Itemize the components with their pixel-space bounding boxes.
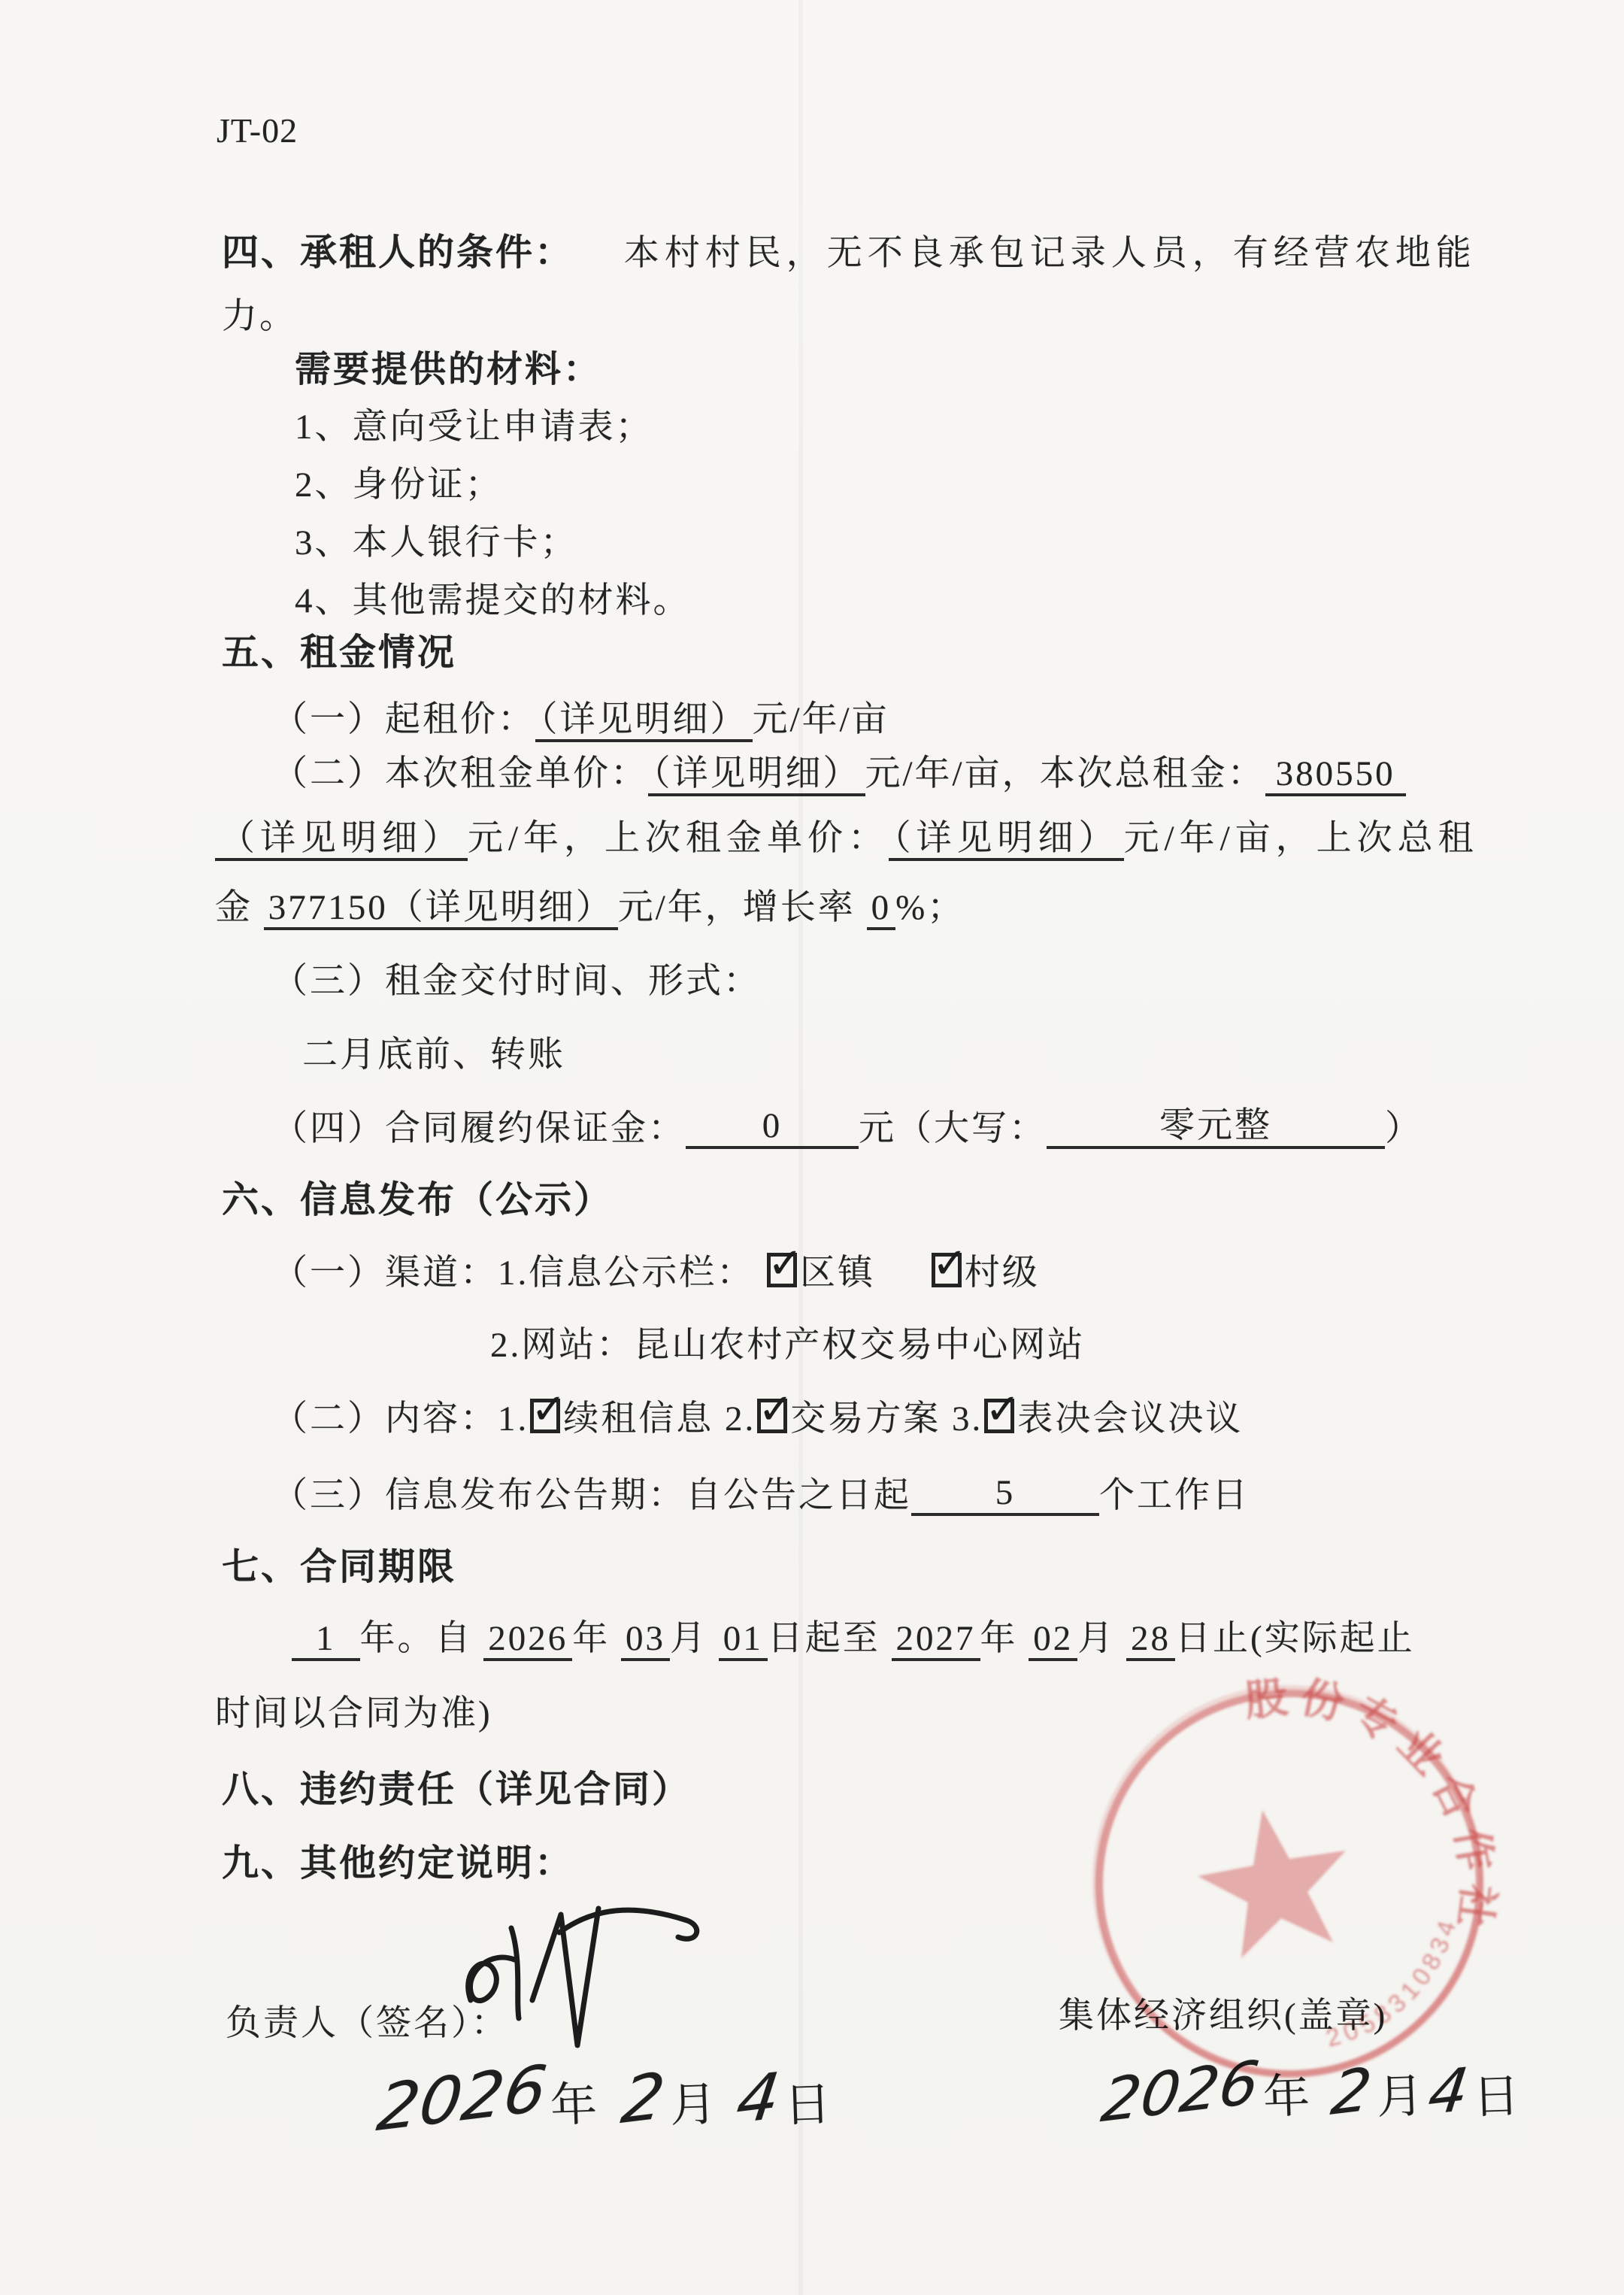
start-day-value: 01 bbox=[719, 1619, 768, 1661]
signer-date-month-unit: 月 bbox=[668, 2077, 717, 2132]
tenant-conditions-text: 本村村民，无不良承包记录人员，有经营农地能 bbox=[624, 234, 1477, 273]
term-text2: 年 bbox=[572, 1619, 610, 1658]
start-price-unit: 元/年/亩 bbox=[753, 700, 889, 739]
term-text6: 月 bbox=[1077, 1619, 1115, 1658]
end-year-value: 2027 bbox=[892, 1619, 980, 1661]
content-option-jiaoyi: 交易方案 bbox=[790, 1399, 941, 1439]
pay-time-value: 二月底前、转账 bbox=[302, 1035, 565, 1075]
checked-checkbox-icon: ✓ bbox=[530, 1399, 560, 1433]
content-sep2: 2. bbox=[725, 1399, 756, 1439]
current-rent-value: （详见明细） bbox=[648, 754, 865, 796]
cont2-head: 金 bbox=[215, 888, 253, 927]
signer-date: 2026年2月4日 bbox=[380, 2062, 837, 2136]
cont1-tail: 元/年/亩，上次总租 bbox=[1124, 819, 1479, 858]
deposit-mid: 元（大写： bbox=[859, 1109, 1047, 1148]
website-line: 2.网站：昆山农村产权交易中心网站 bbox=[490, 1325, 1085, 1366]
materials-item-3: 3、本人银行卡； bbox=[295, 523, 578, 563]
section9-heading: 九、其他约定说明： bbox=[222, 1842, 574, 1884]
rent-continuation-line1: （详见明细）元/年，上次租金单价：（详见明细）元/年/亩，上次总租 bbox=[215, 818, 1479, 859]
channel-option-quzhen: 区镇 bbox=[800, 1254, 875, 1293]
term-text1: 年。自 bbox=[360, 1619, 473, 1658]
content-label: （二）内容：1. bbox=[272, 1399, 529, 1439]
notice-line: （三）信息发布公告期：自公告之日起5个工作日 bbox=[272, 1472, 1250, 1516]
end-month-value: 02 bbox=[1029, 1619, 1077, 1661]
deposit-label: （四）合同履约保证金： bbox=[272, 1109, 686, 1148]
materials-item-4: 4、其他需提交的材料。 bbox=[295, 581, 691, 621]
materials-item-1: 1、意向受让申请表； bbox=[295, 407, 653, 447]
website-label: 2.网站： bbox=[490, 1326, 634, 1365]
signer-date-day: 4 bbox=[732, 2060, 783, 2139]
content-option-biaojue: 表决会议决议 bbox=[1017, 1399, 1243, 1439]
materials-item-2: 2、身份证； bbox=[295, 465, 503, 505]
term-line: 1年。自 2026年 03月 01日起至 2027年 02月 28日止(实际起止 bbox=[292, 1618, 1415, 1659]
signer-date-month: 2 bbox=[617, 2060, 668, 2139]
deposit-value: 0 bbox=[686, 1105, 859, 1149]
form-code: JT-02 bbox=[217, 111, 298, 151]
cont2-mid: 元/年，增长率 bbox=[618, 888, 856, 927]
website-value: 昆山农村产权交易中心网站 bbox=[634, 1326, 1085, 1365]
check-icon: ✓ bbox=[768, 1240, 803, 1288]
end-day-value: 28 bbox=[1126, 1619, 1175, 1661]
rent-continuation-line2: 金 377150（详见明细）元/年，增长率 0%； bbox=[215, 887, 965, 928]
current-rent-total: 380550 bbox=[1265, 754, 1406, 796]
cont2-tail: %； bbox=[895, 888, 965, 927]
prev-detail-value: （详见明细） bbox=[215, 819, 468, 861]
content-line: （二）内容：1.✓续租信息 2.✓交易方案 3.✓表决会议决议 bbox=[272, 1399, 1243, 1439]
check-icon: ✓ bbox=[985, 1386, 1020, 1434]
official-seal: 股份专业合作社 205831083430 bbox=[1079, 1662, 1507, 2106]
current-rent-line: （二）本次租金单价：（详见明细）元/年/亩，本次总租金：380550 bbox=[272, 753, 1406, 794]
check-icon: ✓ bbox=[758, 1386, 793, 1434]
checked-checkbox-icon: ✓ bbox=[932, 1253, 962, 1287]
seal-star-icon bbox=[1198, 1810, 1346, 1958]
checked-checkbox-icon: ✓ bbox=[767, 1253, 797, 1287]
prev-total-value: 377150（详见明细） bbox=[264, 888, 618, 930]
start-price-line: （一）起租价：（详见明细）元/年/亩 bbox=[272, 699, 889, 740]
term-continuation: 时间以合同为准) bbox=[215, 1693, 492, 1734]
term-text3: 月 bbox=[670, 1619, 707, 1658]
deposit-line: （四）合同履约保证金：0元（大写：零元整） bbox=[272, 1105, 1423, 1149]
section4-line2: 力。 bbox=[222, 296, 297, 337]
current-rent-mid: 元/年/亩，本次总租金： bbox=[865, 754, 1265, 793]
content-sep3: 3. bbox=[952, 1399, 983, 1439]
check-icon: ✓ bbox=[531, 1386, 566, 1434]
section4-heading: 四、承租人的条件： bbox=[222, 232, 574, 273]
channel-label: （一）渠道：1.信息公示栏： bbox=[272, 1254, 754, 1293]
deposit-caps-value: 零元整 bbox=[1047, 1105, 1385, 1149]
start-year-value: 2026 bbox=[483, 1619, 572, 1661]
start-month-value: 03 bbox=[621, 1619, 670, 1661]
section6-heading: 六、信息发布（公示） bbox=[222, 1179, 613, 1221]
scanned-form-page: JT-02 四、承租人的条件： 本村村民，无不良承包记录人员，有经营农地能 力。… bbox=[0, 0, 1624, 2295]
cont1-mid: 元/年，上次租金单价： bbox=[468, 819, 889, 858]
signer-date-year-unit: 年 bbox=[550, 2077, 598, 2132]
pay-time-label: （三）租金交付时间、形式： bbox=[272, 961, 761, 1002]
deposit-tail: ） bbox=[1385, 1109, 1423, 1148]
channel-option-cunji: 村级 bbox=[965, 1254, 1040, 1293]
content-option-xuzu: 续租信息 bbox=[563, 1399, 714, 1439]
term-text4: 日起至 bbox=[768, 1619, 880, 1658]
term-years-value: 1 bbox=[292, 1619, 360, 1661]
growth-rate-value: 0 bbox=[867, 888, 896, 930]
start-price-label: （一）起租价： bbox=[272, 700, 535, 739]
current-rent-label: （二）本次租金单价： bbox=[272, 754, 648, 793]
notice-days-value: 5 bbox=[911, 1472, 1099, 1516]
check-icon: ✓ bbox=[932, 1240, 968, 1288]
channel-line: （一）渠道：1.信息公示栏： ✓区镇 ✓村级 bbox=[272, 1253, 1040, 1293]
term-text7: 日止(实际起止 bbox=[1175, 1619, 1415, 1658]
signature-handwriting bbox=[448, 1886, 719, 2066]
materials-heading: 需要提供的材料： bbox=[295, 349, 601, 390]
checked-checkbox-icon: ✓ bbox=[984, 1399, 1014, 1433]
checked-checkbox-icon: ✓ bbox=[757, 1399, 787, 1433]
signer-date-day-unit: 日 bbox=[783, 2077, 832, 2132]
notice-suffix: 个工作日 bbox=[1099, 1476, 1250, 1515]
section7-heading: 七、合同期限 bbox=[222, 1546, 456, 1588]
notice-label: （三）信息发布公告期：自公告之日起 bbox=[272, 1476, 911, 1515]
section8-heading: 八、违约责任（详见合同） bbox=[222, 1769, 691, 1811]
start-price-value: （详见明细） bbox=[535, 700, 753, 742]
section5-heading: 五、租金情况 bbox=[222, 632, 456, 674]
section4-line1: 四、承租人的条件： 本村村民，无不良承包记录人员，有经营农地能 bbox=[222, 232, 1477, 274]
prev-unit-price-value: （详见明细） bbox=[889, 819, 1124, 861]
term-text5: 年 bbox=[980, 1619, 1018, 1658]
